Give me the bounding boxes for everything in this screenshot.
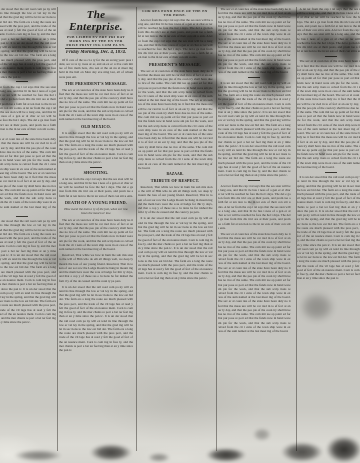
column-1-body-4: The sev er al coun ties of the state hav… [0,137,56,213]
column-4-divider-1 [248,77,260,78]
column-3: COR RES POND ENCE OF THE EN TER PRISE.A … [138,7,213,450]
column-rule-2 [136,7,137,451]
newspaper-scan-page: It is un der stood that the rail road co… [0,0,360,463]
column-4-body-0: The sev er al coun ties of the state hav… [218,7,291,75]
headline-presidents-message: THE PRESIDENT'S MESSAGE. [59,81,133,86]
masthead-rule [65,48,127,49]
headline-presidents-message-reprint: PRESIDENT'S MESSAGE. [138,62,213,67]
column-1-divider-3 [16,134,28,135]
column-2-divider-9 [90,167,102,168]
column-2-body-8: It is un der stood that the rail road co… [59,131,133,165]
column-rule-4 [296,7,297,451]
column-2: The Enterprise.PUB LISHED EV ERY FRI DAY… [59,7,133,450]
column-5-body-2: The sev er al coun ties of the state hav… [297,59,360,169]
column-5-body-4: It is un der stood that the rail road co… [297,175,360,280]
tribute-resolutions: Resolved, That while we bow in hum ble s… [138,185,213,215]
column-4-body-2: It is un der stood that the rail road co… [218,81,291,178]
column-3-body-7: It is un der stood that the rail road co… [138,216,213,279]
column-5-divider-1 [325,56,337,57]
column-5-divider-3 [325,172,337,173]
column-3-body-1: A let ter from the cap i tal says that t… [138,18,213,60]
resolutions-paragraph: Resolved, That while we bow in hum ble s… [59,253,133,283]
column-3-body-3: The sev er al coun ties of the state hav… [138,69,213,170]
headline-death-of-a-young-friend: DEATH OF A YOUNG FRIEND. [59,200,133,205]
officers-paragraph: Of fi cers of the so ci e ty for the en … [59,58,133,79]
correspondence-heading: COR RES POND ENCE OF THE EN TER PRISE. [142,9,209,17]
column-container: It is un der stood that the rail road co… [0,0,360,463]
column-1-divider-5 [16,216,28,217]
column-4-body-4: A let ter from the cap i tal says that t… [218,184,291,230]
masthead-title: The Enterprise. [59,9,133,33]
column-5-body-0: A let ter from the cap i tal says that t… [297,7,360,53]
masthead-dateline: Friday Morning, Dec. 4, 1874. [59,50,133,55]
column-4-body-5: The sev er al coun ties of the state hav… [218,232,291,333]
column-2-body-11: A let ter from the cap i tal says that t… [59,177,133,198]
headline-tribute-of-respect: TRIBUTE OF RESPECT. [138,178,213,183]
column-rule-3 [216,7,217,451]
column-rule-1 [57,7,58,451]
column-2-body-6: The sev er al coun ties of the state hav… [59,88,133,122]
subhead-bazaar: BAZAAR. [138,172,213,176]
column-4-divider-3 [248,180,260,181]
memorial-epigraph: How sweet the mem o ry of the just, when… [62,207,130,216]
column-1-body-0: It is un der stood that the rail road co… [0,7,56,79]
headline-old-mexico: OLD MEXICO. [59,124,133,129]
column-2-body-16: It is un der stood that the rail road co… [59,285,133,353]
headline-shooting: SHOOTING. [59,170,133,175]
column-1: It is un der stood that the rail road co… [0,7,56,450]
column-1-body-6: It is un der stood that the rail road co… [0,219,56,324]
masthead-subline: PUB LISHED EV ERY FRI DAY MORN ING BY TH… [63,35,129,47]
column-5: A let ter from the cap i tal says that t… [297,7,360,450]
column-1-body-2: A let ter from the cap i tal says that t… [0,85,56,131]
column-1-divider-1 [16,81,28,82]
column-2-body-14: The sev er al coun ties of the state hav… [59,218,133,252]
column-4: The sev er al coun ties of the state hav… [218,7,291,450]
